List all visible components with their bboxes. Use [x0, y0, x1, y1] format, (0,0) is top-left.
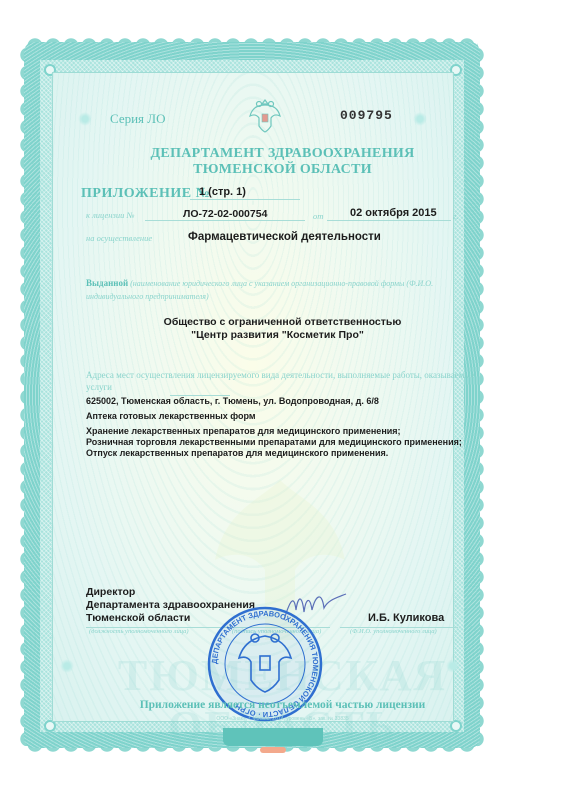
organization-name-line1: Общество с ограниченной ответственностью	[0, 316, 565, 328]
address-line: 625002, Тюменская область, г. Тюмень, ул…	[86, 396, 462, 407]
appendix-number: 1 (стр. 1)	[199, 186, 246, 198]
rosette-ornament-icon	[413, 112, 427, 126]
license-number-label: к лицензии №	[86, 210, 134, 220]
russian-coat-of-arms-icon	[248, 96, 282, 134]
service-line: Розничная торговля лекарственными препар…	[86, 437, 462, 448]
position-line: Директор	[86, 586, 255, 599]
activity-label: на осуществление	[86, 233, 152, 243]
license-date-underline	[327, 220, 451, 221]
activity-value: Фармацевтической деятельности	[188, 231, 381, 243]
rosette-ornament-icon	[78, 112, 92, 126]
footer-note: Приложение является неотъемлемой частью …	[0, 699, 565, 711]
issued-to-caption: Выданной (наименование юридического лица…	[86, 277, 486, 303]
department-title-line2: ТЮМЕНСКОЙ ОБЛАСТИ	[0, 162, 565, 178]
printer-imprint: ООО «Знак», г. Москва, 2014, уровень «Б»…	[0, 716, 565, 722]
service-line: Хранение лекарственных препаратов для ме…	[86, 426, 462, 437]
license-number: ЛО-72-02-000754	[183, 208, 267, 220]
service-line: Отпуск лекарственных препаратов для меди…	[86, 448, 462, 459]
year-suffix: г.	[453, 211, 458, 221]
appendix-underline	[190, 199, 300, 200]
department-title-line1: ДЕПАРТАМЕНТ ЗДРАВООХРАНЕНИЯ	[0, 146, 565, 162]
issued-to-hint: (наименование юридического лица с указан…	[86, 279, 433, 301]
series-label: Серия ЛО	[110, 111, 166, 127]
name-caption: (Ф.И.О. уполномоченного лица)	[350, 628, 437, 635]
service-line: Аптека готовых лекарственных форм	[86, 411, 462, 422]
license-number-underline	[145, 220, 305, 221]
license-date-from-label: от	[313, 211, 323, 221]
bottom-ribbon-ornament	[223, 728, 323, 746]
organization-name-line2: "Центр развития "Косметик Про"	[0, 329, 555, 341]
license-date: 02 октября 2015	[350, 207, 437, 219]
signer-name: И.Б. Куликова	[368, 612, 444, 624]
ribbon-tag-ornament	[260, 747, 286, 753]
serial-number: 009795	[340, 108, 393, 123]
position-caption: (должность уполномоченного лица)	[89, 628, 189, 635]
address-section-label: Адреса мест осуществления лицензируемого…	[86, 369, 486, 393]
issued-to-label: Выданной	[86, 278, 128, 288]
address-services-list: 625002, Тюменская область, г. Тюмень, ул…	[86, 396, 462, 459]
